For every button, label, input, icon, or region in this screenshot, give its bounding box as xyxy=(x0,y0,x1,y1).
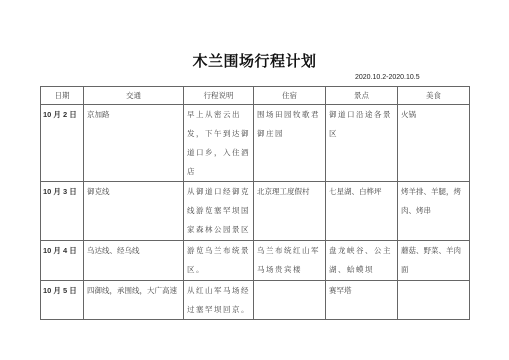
header-itinerary: 行程说明 xyxy=(184,87,254,105)
cell-itinerary: 从御道口经御克线游览塞罕坝国家森林公园景区 xyxy=(184,182,254,241)
cell-food: 火锅 xyxy=(398,105,470,182)
cell-attractions: 七星湖、白桦坪 xyxy=(326,182,398,241)
cell-date: 10 月 4 日 xyxy=(41,241,84,281)
table-row: 10 月 3 日 御克线 从御道口经御克线游览塞罕坝国家森林公园景区 北京理工度… xyxy=(41,182,470,241)
cell-lodging xyxy=(254,281,326,320)
header-lodging: 住宿 xyxy=(254,87,326,105)
cell-transport: 御克线 xyxy=(84,182,184,241)
cell-itinerary: 早上从密云出发，下午到达御道口乡，入住酒店 xyxy=(184,105,254,182)
cell-transport: 四御线，承围线，大广高速 xyxy=(84,281,184,320)
cell-attractions: 盘龙峡谷、公主湖、蛤蟆坝 xyxy=(326,241,398,281)
date-range: 2020.10.2-2020.10.5 xyxy=(355,74,420,81)
cell-attractions: 赛罕塔 xyxy=(326,281,398,320)
document-title: 木兰围场行程计划 xyxy=(0,50,509,71)
cell-transport: 京加路 xyxy=(84,105,184,182)
cell-date: 10 月 5 日 xyxy=(41,281,84,320)
cell-food xyxy=(398,281,470,320)
cell-attractions: 御道口沿途各景区 xyxy=(326,105,398,182)
header-date: 日期 xyxy=(41,87,84,105)
cell-food: 烤羊排、羊腿，烤肉、烤串 xyxy=(398,182,470,241)
cell-date: 10 月 2 日 xyxy=(41,105,84,182)
itinerary-table: 日期 交通 行程说明 住宿 景点 美食 10 月 2 日 京加路 早上从密云出发… xyxy=(40,86,470,320)
cell-food: 蘑菇、野菜、羊肉面 xyxy=(398,241,470,281)
header-attractions: 景点 xyxy=(326,87,398,105)
table-row: 10 月 2 日 京加路 早上从密云出发，下午到达御道口乡，入住酒店 围场田园牧… xyxy=(41,105,470,182)
cell-itinerary: 游览乌兰布统景区。 xyxy=(184,241,254,281)
table-row: 10 月 5 日 四御线，承围线，大广高速 从红山军马场经过塞罕坝回京。 赛罕塔 xyxy=(41,281,470,320)
header-row: 日期 交通 行程说明 住宿 景点 美食 xyxy=(41,87,470,105)
header-food: 美食 xyxy=(398,87,470,105)
cell-itinerary: 从红山军马场经过塞罕坝回京。 xyxy=(184,281,254,320)
cell-lodging: 围场田园牧歌君御庄园 xyxy=(254,105,326,182)
cell-lodging: 北京理工度假村 xyxy=(254,182,326,241)
cell-date: 10 月 3 日 xyxy=(41,182,84,241)
cell-transport: 乌达线、经乌线 xyxy=(84,241,184,281)
header-transport: 交通 xyxy=(84,87,184,105)
table-row: 10 月 4 日 乌达线、经乌线 游览乌兰布统景区。 乌兰布统红山军马场贵宾楼 … xyxy=(41,241,470,281)
cell-lodging: 乌兰布统红山军马场贵宾楼 xyxy=(254,241,326,281)
